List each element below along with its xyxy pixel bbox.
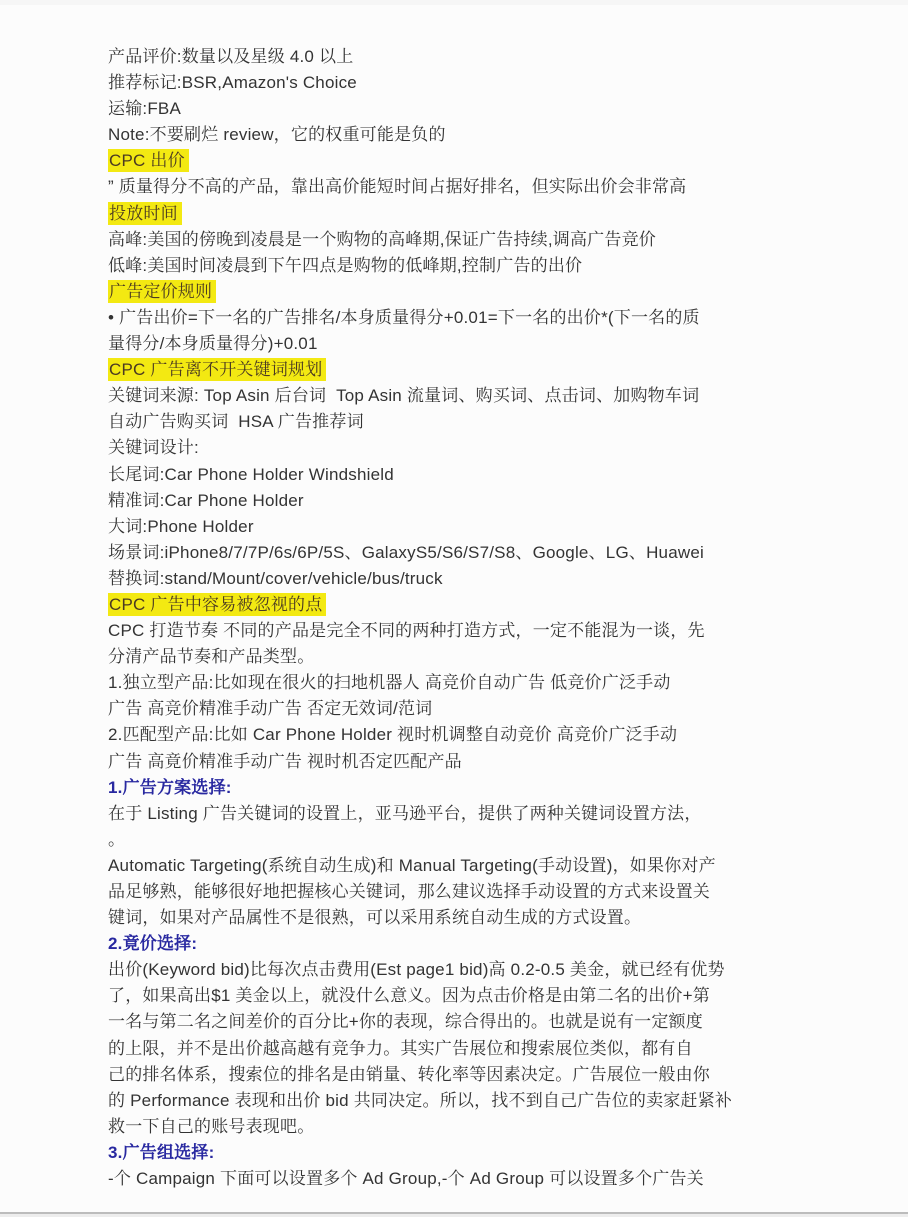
text-line: 场景词:iPhone8/7/7P/6s/6P/5S、GalaxyS5/S6/S7… — [108, 540, 820, 566]
text-line: ” 质量得分不高的产品，靠出高价能短时间占据好排名，但实际出价会非常高 — [108, 174, 820, 200]
text-line: 低峰:美国时间凌晨到下午四点是购物的低峰期,控制广告的出价 — [108, 253, 820, 279]
highlight-mark: CPC 广告离不开关键词规划 — [108, 358, 326, 381]
text-line: 救一下自己的账号表现吧。 — [108, 1114, 820, 1140]
text-line: 自动广告购买词 HSA 广告推荐词 — [108, 409, 820, 435]
text-line: 产品评价:数量以及星级 4.0 以上 — [108, 44, 820, 70]
text-line: CPC 打造节奏 不同的产品是完全不同的两种打造方式，一定不能混为一谈，先 — [108, 618, 820, 644]
text-line: -个 Campaign 下面可以设置多个 Ad Group,-个 Ad Grou… — [108, 1166, 820, 1192]
text-line: 出价(Keyword bid)比每次点击费用(Est page1 bid)高 0… — [108, 957, 820, 983]
text-line: 在于 Listing 广告关键词的设置上，亚马逊平台，提供了两种关键词设置方法， — [108, 801, 820, 827]
text-line: 关键词设计: — [108, 435, 820, 461]
text-line: Note:不要刷烂 review，它的权重可能是负的 — [108, 122, 820, 148]
highlighted-heading: CPC 出价 — [108, 148, 820, 174]
text-line: 的上限，并不是出价越高越有竞争力。其实广告展位和搜索展位类似，都有自 — [108, 1036, 820, 1062]
highlight-mark: CPC 出价 — [108, 149, 189, 172]
text-line: 长尾词:Car Phone Holder Windshield — [108, 462, 820, 488]
text-line: 1.独立型产品:比如现在很火的扫地机器人 高竞价自动广告 低竞价广泛手动 — [108, 670, 820, 696]
text-line: 2.匹配型产品:比如 Car Phone Holder 视时机调整自动竞价 高竞… — [108, 722, 820, 748]
text-line: 。 — [108, 827, 820, 853]
text-line: 的 Performance 表现和出价 bid 共同决定。所以，找不到自己广告位… — [108, 1088, 820, 1114]
text-line: 键词，如果对产品属性不是很熟，可以采用系统自动生成的方式设置。 — [108, 905, 820, 931]
page-top-edge — [0, 0, 908, 5]
text-line: 量得分/本身质量得分)+0.01 — [108, 331, 820, 357]
text-line: 了，如果高出$1 美金以上，就没什么意义。因为点击价格是由第二名的出价+第 — [108, 983, 820, 1009]
text-line: 分清产品节奏和产品类型。 — [108, 644, 820, 670]
document-body: 产品评价:数量以及星级 4.0 以上推荐标记:BSR,Amazon's Choi… — [108, 44, 820, 1192]
text-line: 精准词:Car Phone Holder — [108, 488, 820, 514]
text-line: • 广告出价=下一名的广告排名/本身质量得分+0.01=下一名的出价*(下一名的… — [108, 305, 820, 331]
text-line: 广告 高竟价精准手动广告 视时机否定匹配产品 — [108, 749, 820, 775]
text-line: 大词:Phone Holder — [108, 514, 820, 540]
section-heading: 3.广告组选择: — [108, 1140, 820, 1166]
highlight-mark: 广告定价规则 — [108, 280, 216, 303]
highlighted-heading: 投放时间 — [108, 201, 820, 227]
text-line: 替换词:stand/Mount/cover/vehicle/bus/truck — [108, 566, 820, 592]
text-line: 推荐标记:BSR,Amazon's Choice — [108, 70, 820, 96]
text-line: 一名与第二名之间差价的百分比+你的表现，综合得出的。也就是说有一定额度 — [108, 1009, 820, 1035]
text-line: 广告 高竞价精准手动广告 否定无效词/范词 — [108, 696, 820, 722]
highlighted-heading: CPC 广告中容易被忽视的点 — [108, 592, 820, 618]
text-line: Automatic Targeting(系统自动生成)和 Manual Targ… — [108, 853, 820, 879]
highlighted-heading: CPC 广告离不开关键词规划 — [108, 357, 820, 383]
text-line: 己的排名体系，搜索位的排名是由销量、转化率等因素决定。广告展位一般由你 — [108, 1062, 820, 1088]
highlight-mark: 投放时间 — [108, 202, 182, 225]
highlight-mark: CPC 广告中容易被忽视的点 — [108, 593, 326, 616]
section-heading: 1.广告方案选择: — [108, 775, 820, 801]
highlighted-heading: 广告定价规则 — [108, 279, 820, 305]
section-heading: 2.竟价选择: — [108, 931, 820, 957]
text-line: 关键词来源: Top Asin 后台词 Top Asin 流量词、购买词、点击词… — [108, 383, 820, 409]
text-line: 运输:FBA — [108, 96, 820, 122]
document-page: 产品评价:数量以及星级 4.0 以上推荐标记:BSR,Amazon's Choi… — [0, 0, 908, 1217]
text-line: 高峰:美国的傍晚到凌晨是一个购物的高峰期,保证广告持续,调高广告竞价 — [108, 227, 820, 253]
text-line: 品足够熟，能够很好地把握核心关键词，那么建议选择手动设置的方式来设置关 — [108, 879, 820, 905]
